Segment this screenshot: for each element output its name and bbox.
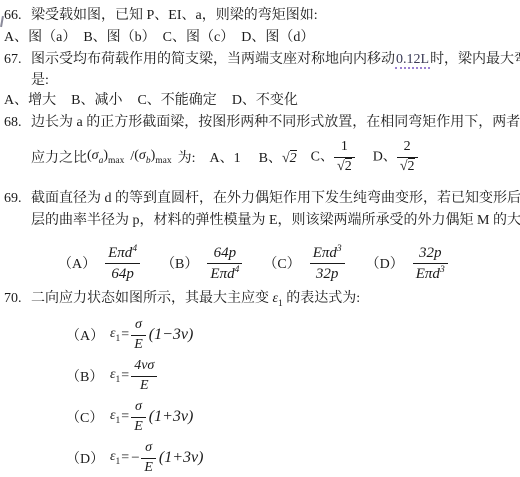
fraction-numerator: σ bbox=[141, 440, 156, 459]
q70-option-d: （D） ε1 = − σE (1+3ν) bbox=[4, 438, 518, 477]
q67-underlined-value: 0.12L bbox=[395, 52, 430, 69]
question-67: 67. 图示受均布荷载作用的简支梁，当两端支座对称地向内移动0.12L时，梁内最… bbox=[4, 49, 518, 71]
subscript-max: max bbox=[108, 156, 124, 166]
q70-text-before: 二向应力状态如图所示，其最大主应变 bbox=[31, 291, 273, 306]
fraction-Epid3-over-32p: Eπd332p bbox=[310, 244, 345, 283]
fraction-numerator: 2 bbox=[397, 139, 418, 158]
question-69-options: （A） Eπd464p （B） 64pEπd4 （C） Eπd332p （D） … bbox=[4, 238, 518, 288]
radicand: 2 bbox=[290, 150, 297, 166]
numerator-base: Eπd bbox=[108, 245, 132, 261]
epsilon-subscript: 1 bbox=[116, 375, 121, 385]
question-70-number: 70. bbox=[4, 288, 31, 315]
q69-option-d: （D） 32pEπd3 bbox=[366, 244, 448, 283]
q69-option-b: （B） 64pEπd4 bbox=[161, 244, 242, 283]
question-67-options: A、增大 B、减小 C、不能确定 D、不变化 bbox=[4, 90, 518, 112]
radicand: 2 bbox=[408, 158, 415, 174]
q66-option-b: B、图（b） bbox=[83, 27, 155, 49]
numerator-base: Eπd bbox=[313, 245, 337, 261]
q66-option-a: A、图（a） bbox=[4, 27, 76, 49]
formula-tail: (1+3ν) bbox=[149, 408, 194, 426]
epsilon-subscript: 1 bbox=[116, 457, 121, 467]
q69-line2-text: 层的曲率半径为 p，材料的弹性模量为 E，则该梁两端所承受的外力偶矩 M 的大小… bbox=[31, 213, 520, 228]
question-67-number: 67. bbox=[4, 49, 31, 71]
q67-option-d: D、不变化 bbox=[232, 90, 298, 112]
epsilon-subscript: 1 bbox=[116, 334, 121, 344]
q67-text-after: 时，梁内最大弯矩值 bbox=[430, 52, 520, 67]
q69-option-c: （C） Eπd332p bbox=[263, 244, 344, 283]
question-67-text: 图示受均布荷载作用的简支梁，当两端支座对称地向内移动0.12L时，梁内最大弯矩值 bbox=[31, 49, 520, 71]
question-68: 68. 边长为 a 的正方形截面梁，按图形两种不同形式放置，在相同弯矩作用下，两… bbox=[4, 112, 518, 134]
q70-option-a-formula: ε1 = σE (1−3ν) bbox=[110, 317, 193, 354]
fraction-numerator: Eπd3 bbox=[310, 244, 345, 264]
radicand: 2 bbox=[345, 158, 352, 174]
q70-option-b-formula: ε1 = 4νσE bbox=[110, 358, 160, 395]
q68-option-b: B、√2 bbox=[259, 147, 297, 167]
fraction-denominator: E bbox=[131, 336, 146, 354]
fraction-denominator: √2 bbox=[334, 158, 355, 176]
fraction-2-over-sqrt2: 2√2 bbox=[397, 139, 418, 176]
question-66-text: 梁受载如图，已知 P、EI、a，则梁的弯矩图如: bbox=[31, 5, 318, 27]
fraction-numerator: Eπd4 bbox=[105, 244, 140, 264]
question-70: 70. 二向应力状态如图所示，其最大主应变 ε1 的表达式为: bbox=[4, 288, 518, 315]
lhs-epsilon1: ε1 bbox=[110, 367, 120, 385]
fraction-numerator: 4νσ bbox=[131, 358, 157, 377]
fraction-denominator: Eπd3 bbox=[413, 264, 448, 283]
question-69-text-line1: 截面直径为 d 的等到直圆杆，在外力偶矩作用下发生纯弯曲变形，若已知变形后中性 bbox=[31, 188, 520, 210]
q67-option-c: C、不能确定 bbox=[137, 90, 216, 112]
fraction-32p-over-Epid3: 32pEπd3 bbox=[413, 244, 448, 283]
exam-document-page: 66. 梁受载如图，已知 P、EI、a，则梁的弯矩图如: A、图（a） B、图（… bbox=[0, 0, 520, 477]
q69-option-b-label: （B） bbox=[161, 253, 198, 273]
q70-option-d-formula: ε1 = − σE (1+3ν) bbox=[110, 440, 203, 477]
fraction-denominator: 32p bbox=[310, 264, 345, 283]
exponent: 3 bbox=[440, 265, 445, 275]
fraction-numerator: 1 bbox=[334, 139, 355, 158]
question-69: 69. 截面直径为 d 的等到直圆杆，在外力偶矩作用下发生纯弯曲变形，若已知变形… bbox=[4, 188, 518, 210]
equals-sign: = bbox=[121, 450, 129, 466]
q68-formula-suffix: 为: bbox=[178, 147, 196, 167]
question-70-text: 二向应力状态如图所示，其最大主应变 ε1 的表达式为: bbox=[31, 288, 360, 315]
fraction-denominator: E bbox=[141, 459, 156, 477]
q68-formula-prefix: 应力之比 bbox=[31, 147, 87, 167]
fraction-sigma-over-E: σE bbox=[141, 440, 156, 477]
question-66-options: A、图（a） B、图（b） C、图（c） D、图（d） bbox=[4, 27, 518, 49]
epsilon-subscript: 1 bbox=[116, 416, 121, 426]
question-68-number: 68. bbox=[4, 112, 31, 134]
radical-sign: √ bbox=[282, 151, 290, 166]
lhs-epsilon1: ε1 bbox=[110, 326, 120, 344]
q68-option-d-label: D、 bbox=[373, 149, 397, 164]
radical-sign: √ bbox=[337, 159, 345, 174]
denominator-base: Eπd bbox=[210, 266, 234, 282]
question-67-text-line2: 是: bbox=[4, 71, 518, 90]
q70-option-a-label: （A） bbox=[66, 325, 110, 345]
sigma-b-max-expression: (σb)max bbox=[134, 148, 171, 166]
q68-option-d: D、2√2 bbox=[373, 139, 418, 176]
q69-option-c-label: （C） bbox=[263, 253, 300, 273]
subscript-max: max bbox=[155, 156, 171, 166]
equals-sign: = bbox=[121, 409, 129, 425]
formula-tail: (1−3ν) bbox=[149, 326, 194, 344]
equals-sign: = bbox=[121, 368, 129, 384]
radical-sign: √ bbox=[400, 159, 408, 174]
q68-option-a: A、1 bbox=[210, 147, 241, 167]
q70-option-d-label: （D） bbox=[66, 448, 110, 468]
q67-option-b: B、减小 bbox=[71, 90, 122, 112]
equals-sign: = bbox=[121, 327, 129, 343]
lhs-epsilon1: ε1 bbox=[110, 408, 120, 426]
exponent: 4 bbox=[235, 265, 240, 275]
sigma-symbol: σ bbox=[92, 148, 99, 163]
q67-line2-text: 是: bbox=[31, 73, 49, 88]
q68-option-b-label: B、 bbox=[259, 151, 282, 166]
question-68-formula-line: 应力之比 (σa)max / (σb)max 为: A、1 B、√2 C、1√2… bbox=[4, 134, 518, 180]
q68-option-c-label: C、 bbox=[311, 149, 334, 164]
fraction-numerator: 32p bbox=[413, 244, 448, 264]
q69-option-d-label: （D） bbox=[366, 253, 404, 273]
fraction-numerator: 64p bbox=[207, 244, 242, 264]
fraction-1-over-sqrt2: 1√2 bbox=[334, 139, 355, 176]
fraction-Epid4-over-64p: Eπd464p bbox=[105, 244, 140, 283]
fraction-denominator: 64p bbox=[105, 264, 140, 283]
sigma-a-max-expression: (σa)max bbox=[87, 148, 124, 166]
q70-option-c-formula: ε1 = σE (1+3ν) bbox=[110, 399, 193, 436]
fraction-numerator: σ bbox=[131, 317, 146, 336]
question-66: 66. 梁受载如图，已知 P、EI、a，则梁的弯矩图如: bbox=[4, 5, 518, 27]
q66-option-c: C、图（c） bbox=[163, 27, 235, 49]
q69-option-a-label: （A） bbox=[58, 253, 96, 273]
question-69-number: 69. bbox=[4, 188, 31, 210]
fraction-denominator: Eπd4 bbox=[207, 264, 242, 283]
q70-option-b-label: （B） bbox=[66, 366, 110, 386]
q70-text-after: 的表达式为: bbox=[283, 291, 360, 306]
question-69-text-line2: 层的曲率半径为 p，材料的弹性模量为 E，则该梁两端所承受的外力偶矩 M 的大小… bbox=[4, 210, 518, 232]
lhs-epsilon1: ε1 bbox=[110, 449, 120, 467]
q70-option-b: （B） ε1 = 4νσE bbox=[4, 356, 518, 397]
fraction-denominator: E bbox=[131, 377, 157, 395]
question-68-text: 边长为 a 的正方形截面梁，按图形两种不同形式放置，在相同弯矩作用下，两者最大正 bbox=[31, 112, 520, 134]
fraction-numerator: σ bbox=[131, 399, 146, 418]
minus-sign: − bbox=[130, 450, 140, 467]
q70-option-c-label: （C） bbox=[66, 407, 110, 427]
q70-option-c: （C） ε1 = σE (1+3ν) bbox=[4, 397, 518, 438]
formula-tail: (1+3ν) bbox=[159, 449, 204, 467]
exponent: 4 bbox=[132, 244, 137, 254]
question-66-number: 66. bbox=[4, 5, 31, 27]
fraction-denominator: E bbox=[131, 418, 146, 436]
fraction-4nusigma-over-E: 4νσE bbox=[131, 358, 157, 395]
q68-option-c: C、1√2 bbox=[311, 139, 355, 176]
fraction-denominator: √2 bbox=[397, 158, 418, 176]
q66-option-d: D、图（d） bbox=[241, 27, 314, 49]
fraction-sigma-over-E: σE bbox=[131, 317, 146, 354]
q67-text-before: 图示受均布荷载作用的简支梁，当两端支座对称地向内移动 bbox=[31, 52, 395, 67]
sqrt-2: √2 bbox=[282, 150, 297, 166]
denominator-base: Eπd bbox=[416, 266, 440, 282]
fraction-sigma-over-E: σE bbox=[131, 399, 146, 436]
exponent: 3 bbox=[337, 244, 342, 254]
fraction-64p-over-Epid4: 64pEπd4 bbox=[207, 244, 242, 283]
q70-option-a: （A） ε1 = σE (1−3ν) bbox=[4, 315, 518, 356]
q67-option-a: A、增大 bbox=[4, 90, 56, 112]
sigma-symbol: σ bbox=[139, 148, 146, 163]
q69-option-a: （A） Eπd464p bbox=[58, 244, 140, 283]
